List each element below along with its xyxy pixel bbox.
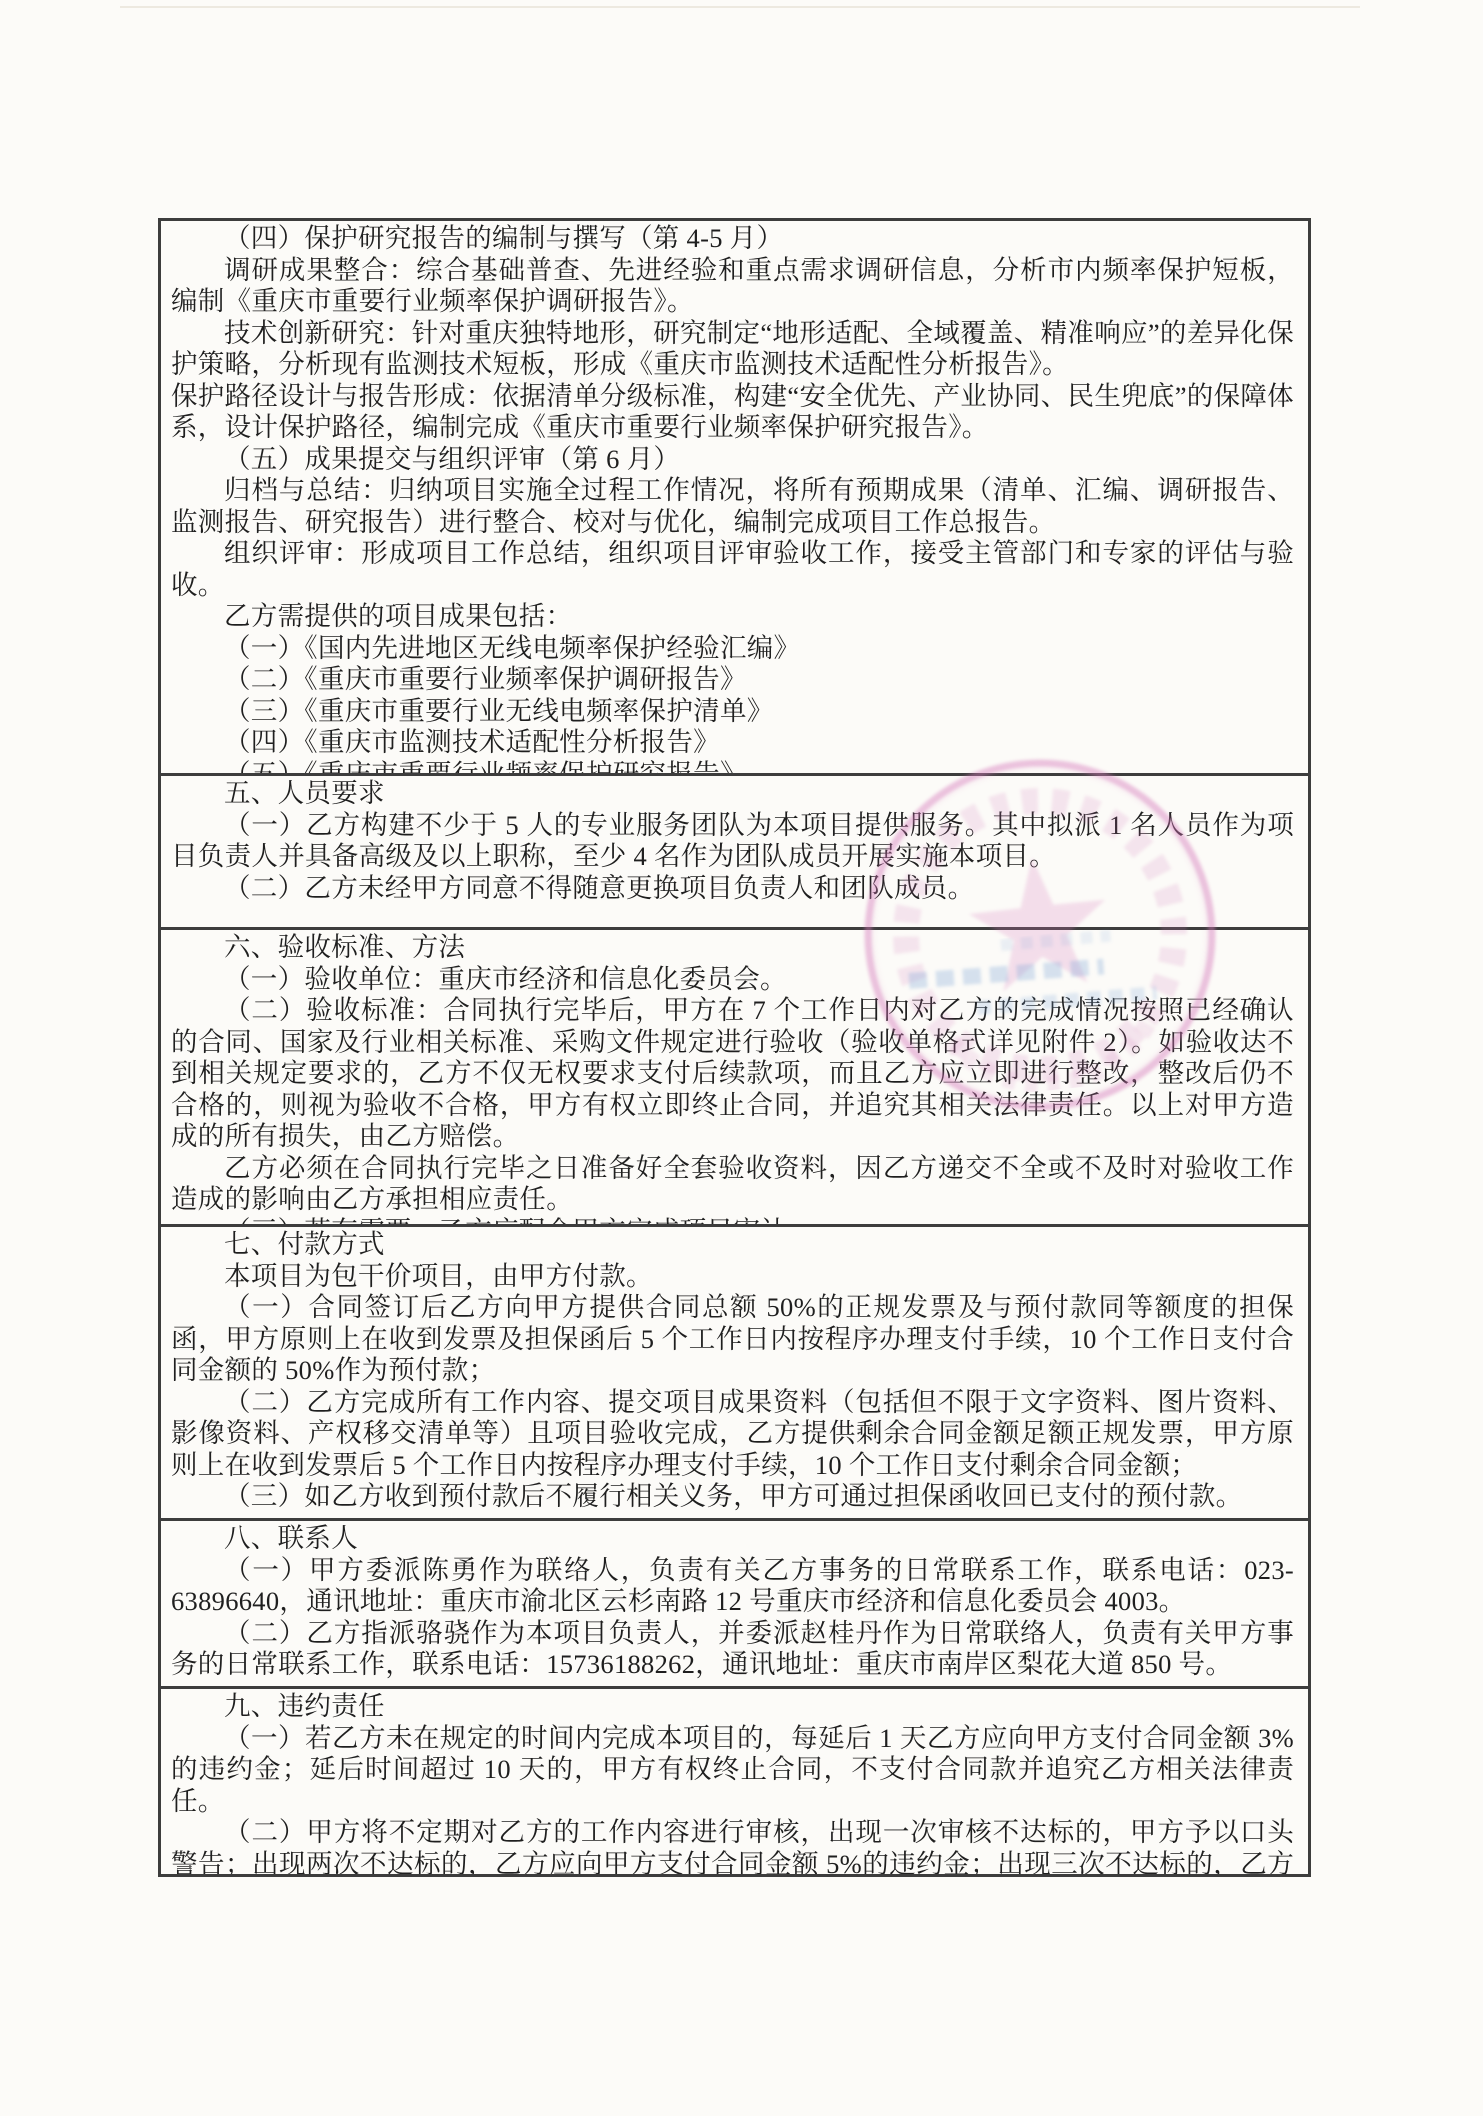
- text-line: 九、违约责任: [171, 1691, 1294, 1723]
- text-line: （四）保护研究报告的编制与撰写（第 4-5 月）: [171, 223, 1294, 255]
- text-line: （一）《国内先进地区无线电频率保护经验汇编》: [171, 633, 1294, 665]
- text-line: 调研成果整合：综合基础普查、先进经验和重点需求调研信息，分析市内频率保护短板，编…: [171, 255, 1294, 318]
- text-line: 本项目为包干价项目，由甲方付款。: [171, 1261, 1294, 1293]
- text-line: （二）乙方指派骆骁作为本项目负责人，并委派赵桂丹作为日常联络人，负责有关甲方事务…: [171, 1618, 1294, 1681]
- text-line: （三）《重庆市重要行业无线电频率保护清单》: [171, 696, 1294, 728]
- text-line: 组织评审：形成项目工作总结，组织项目评审验收工作，接受主管部门和专家的评估与验收…: [171, 538, 1294, 601]
- text-line: 保护路径设计与报告形成：依据清单分级标准，构建“安全优先、产业协同、民生兜底”的…: [171, 381, 1294, 444]
- text-line: （一）甲方委派陈勇作为联络人，负责有关乙方事务的日常联系工作，联系电话：023-…: [171, 1555, 1294, 1618]
- text-line: （二）《重庆市重要行业频率保护调研报告》: [171, 664, 1294, 696]
- text-line: 归档与总结：归纳项目实施全过程工作情况，将所有预期成果（清单、汇编、调研报告、监…: [171, 475, 1294, 538]
- text-line: 技术创新研究：针对重庆独特地形，研究制定“地形适配、全域覆盖、精准响应”的差异化…: [171, 318, 1294, 381]
- text-line: （三）如乙方收到预付款后不履行相关义务，甲方可通过担保函收回已支付的预付款。: [171, 1481, 1294, 1513]
- scan-edge-artifact: [120, 6, 1360, 8]
- contract-terms-table: （四）保护研究报告的编制与撰写（第 4-5 月）调研成果整合：综合基础普查、先进…: [158, 218, 1311, 1877]
- text-line: （二）甲方将不定期对乙方的工作内容进行审核，出现一次审核不达标的，甲方予以口头警…: [171, 1817, 1294, 1874]
- text-line: （二）乙方完成所有工作内容、提交项目成果资料（包括但不限于文字资料、图片资料、影…: [171, 1387, 1294, 1482]
- text-line: 乙方必须在合同执行完毕之日准备好全套验收资料，因乙方递交不全或不及时对验收工作造…: [171, 1153, 1294, 1216]
- section-5-personnel-requirements: 五、人员要求（一）乙方构建不少于 5 人的专业服务团队为本项目提供服务。其中拟派…: [161, 773, 1308, 927]
- text-line: （一）合同签订后乙方向甲方提供合同总额 50%的正规发票及与预付款同等额度的担保…: [171, 1292, 1294, 1387]
- section-work-plan-and-deliverables: （四）保护研究报告的编制与撰写（第 4-5 月）调研成果整合：综合基础普查、先进…: [161, 221, 1308, 773]
- text-line: 五、人员要求: [171, 778, 1294, 810]
- section-9-breach-liability: 九、违约责任（一）若乙方未在规定的时间内完成本项目的，每延后 1 天乙方应向甲方…: [161, 1686, 1308, 1874]
- text-line: 乙方需提供的项目成果包括：: [171, 601, 1294, 633]
- text-line: （三）若有需要，乙方应配合甲方完成项目审计。: [171, 1216, 1294, 1225]
- text-line: （一）验收单位：重庆市经济和信息化委员会。: [171, 964, 1294, 996]
- text-line: （五）成果提交与组织评审（第 6 月）: [171, 444, 1294, 476]
- text-line: （一）乙方构建不少于 5 人的专业服务团队为本项目提供服务。其中拟派 1 名人员…: [171, 810, 1294, 873]
- text-line: 八、联系人: [171, 1523, 1294, 1555]
- text-line: （四）《重庆市监测技术适配性分析报告》: [171, 727, 1294, 759]
- text-line: （五）《重庆市重要行业频率保护研究报告》: [171, 759, 1294, 774]
- text-line: （二）验收标准：合同执行完毕后，甲方在 7 个工作日内对乙方的完成情况按照已经确…: [171, 995, 1294, 1153]
- text-line: （二）乙方未经甲方同意不得随意更换项目负责人和团队成员。: [171, 873, 1294, 905]
- section-6-acceptance-standards: 六、验收标准、方法（一）验收单位：重庆市经济和信息化委员会。（二）验收标准：合同…: [161, 927, 1308, 1224]
- section-7-payment-terms: 七、付款方式本项目为包干价项目，由甲方付款。（一）合同签订后乙方向甲方提供合同总…: [161, 1224, 1308, 1518]
- text-line: 七、付款方式: [171, 1229, 1294, 1261]
- text-line: 六、验收标准、方法: [171, 932, 1294, 964]
- section-8-contact-persons: 八、联系人（一）甲方委派陈勇作为联络人，负责有关乙方事务的日常联系工作，联系电话…: [161, 1518, 1308, 1686]
- text-line: （一）若乙方未在规定的时间内完成本项目的，每延后 1 天乙方应向甲方支付合同金额…: [171, 1723, 1294, 1818]
